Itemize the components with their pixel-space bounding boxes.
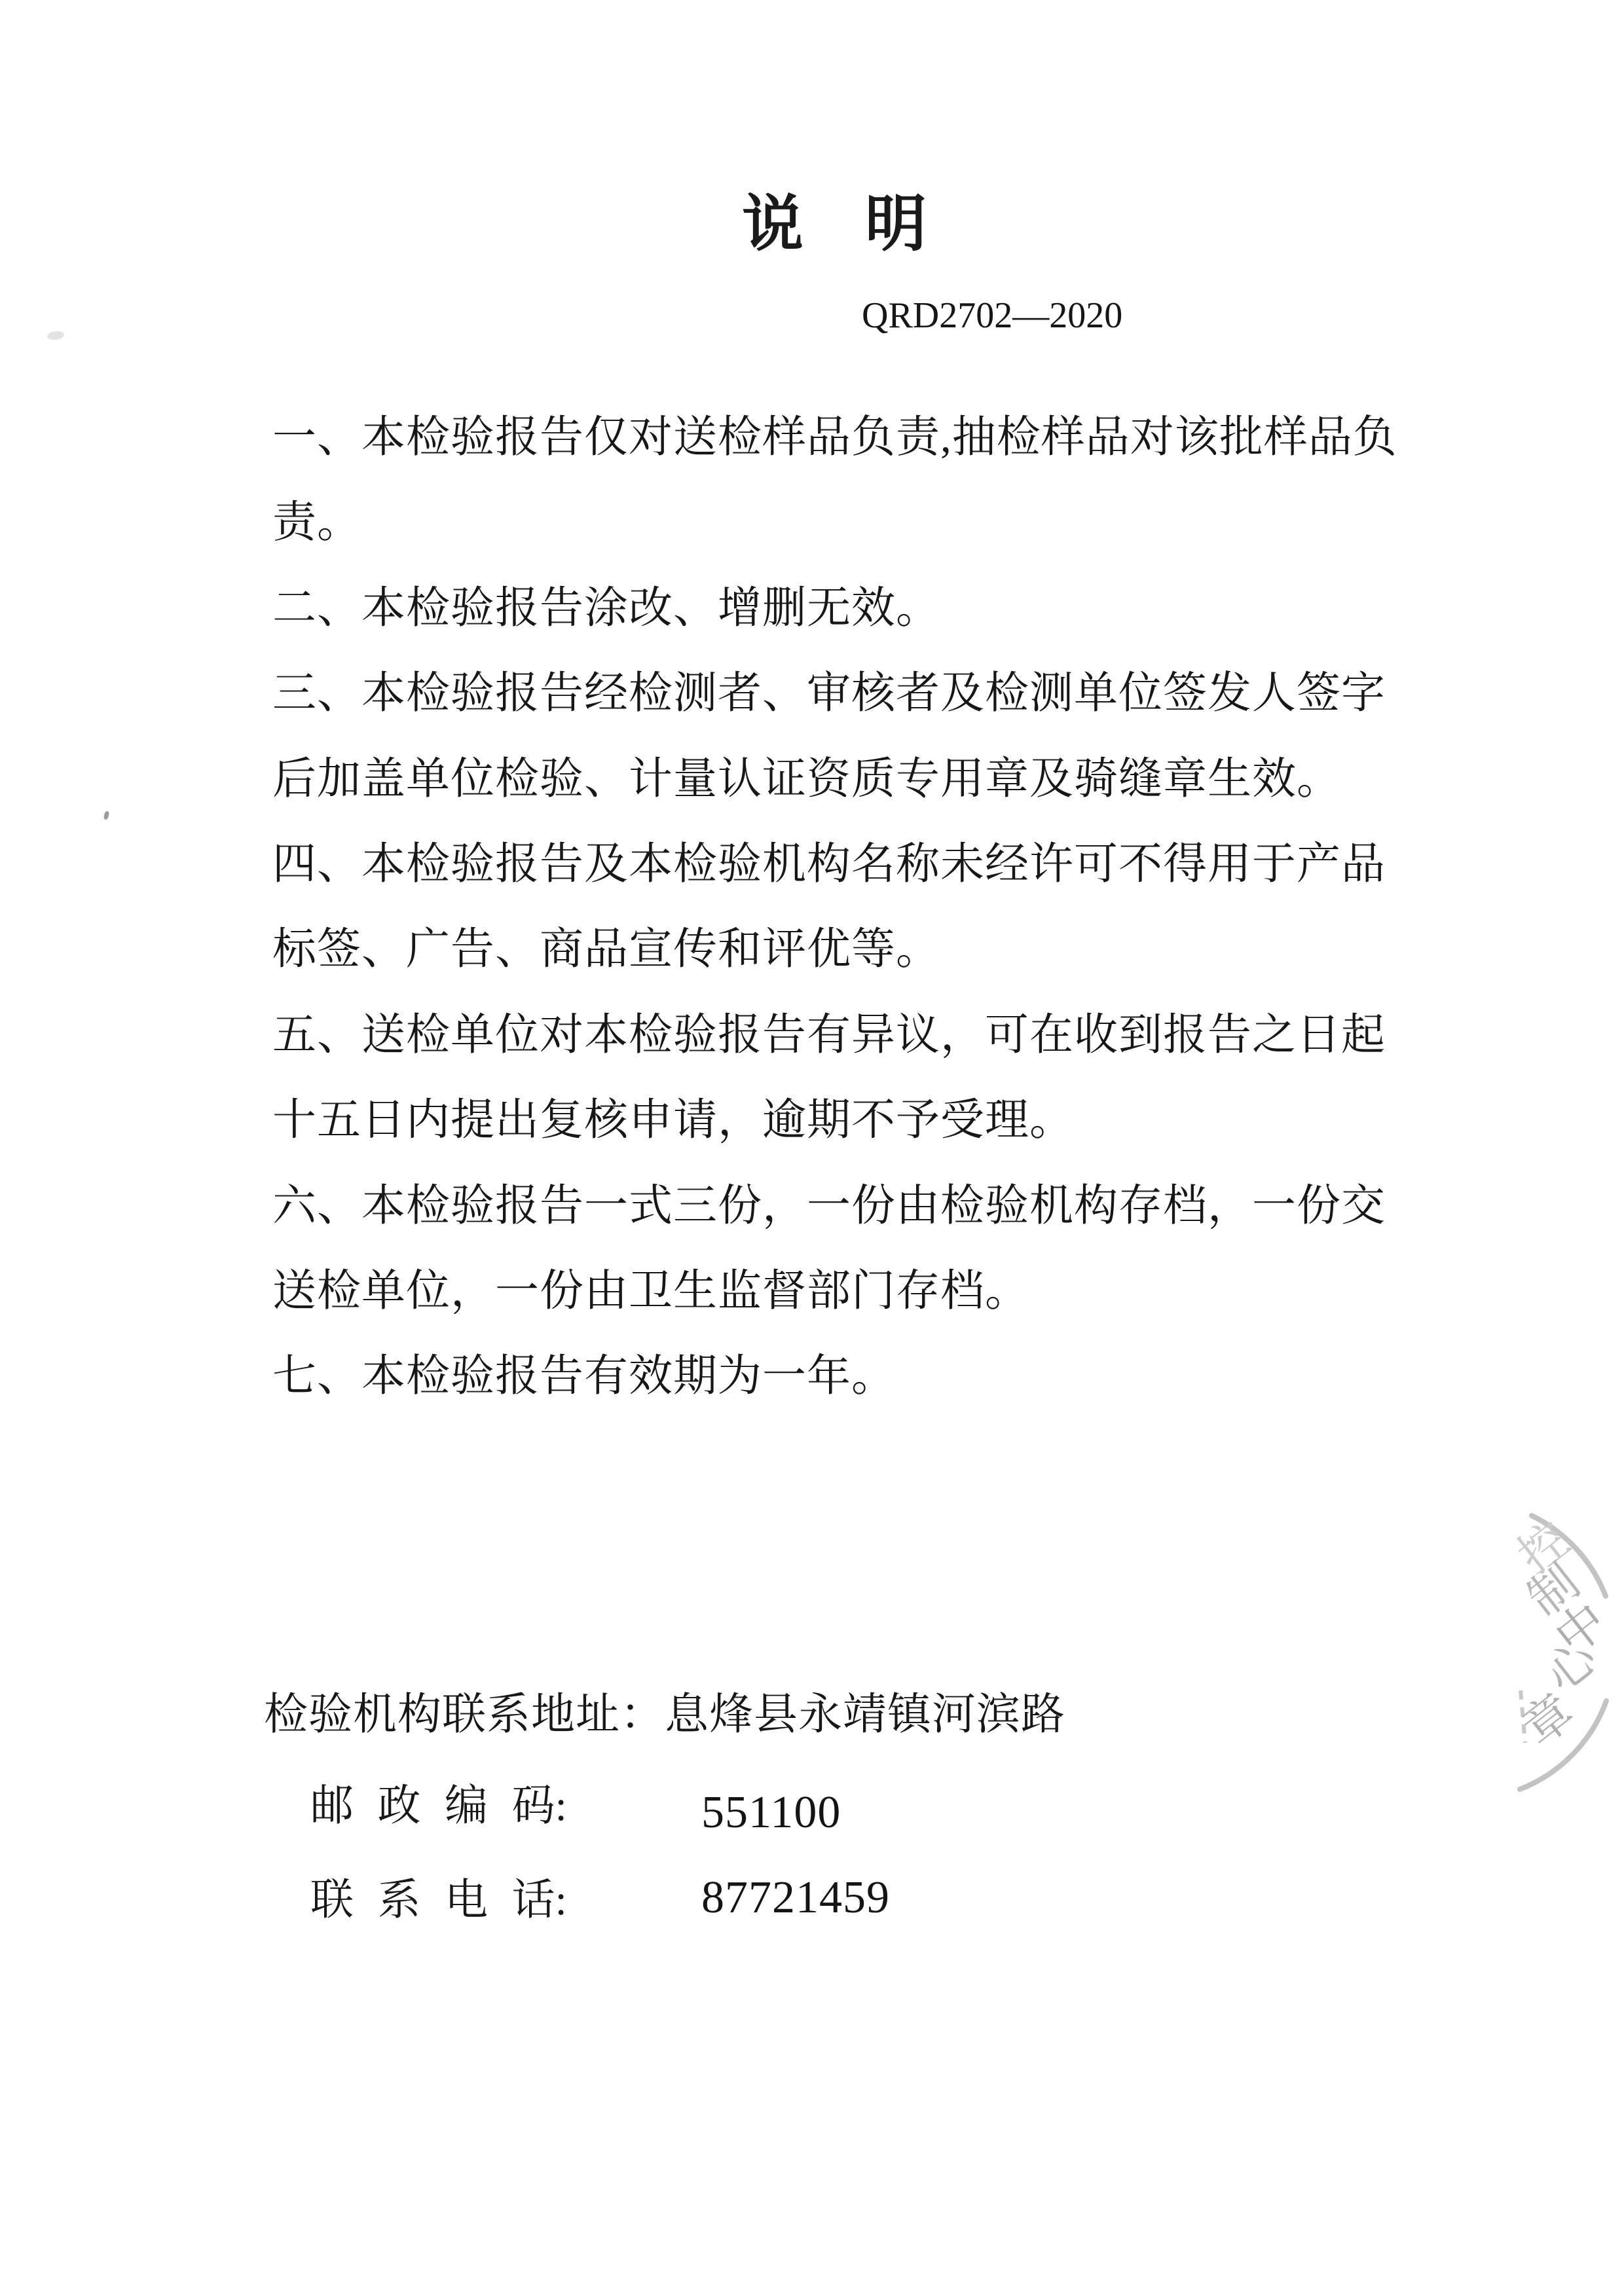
document-code: QRD2702—2020 <box>862 295 1122 337</box>
note-line: 三、本检验报告经检测者、审核者及检测单位签发人签字 <box>272 651 1438 736</box>
postal-code-value: 551100 <box>701 1790 841 1836</box>
scanned-document-page: 说 明 QRD2702—2020 一、本检验报告仅对送检样品负责,抽检样品对该批… <box>0 0 1624 2296</box>
note-line: 十五日内提出复核申请，逾期不予受理。 <box>272 1078 1438 1163</box>
scan-smudge <box>46 330 65 340</box>
partial-seal-stamp-icon: 控 制 中 心 章 <box>1408 1460 1624 1833</box>
note-line: 二、本检验报告涂改、增删无效。 <box>272 566 1438 651</box>
address-value: 息烽县永靖镇河滨路 <box>665 1690 1065 1739</box>
note-line: 六、本检验报告一式三份，一份由检验机构存档，一份交 <box>272 1163 1438 1248</box>
note-line: 一、本检验报告仅对送检样品负责,抽检样品对该批样品负 <box>272 395 1438 480</box>
phone-label: 联 系 电 话: <box>310 1879 567 1922</box>
address-label: 检验机构联系地址： <box>264 1690 665 1739</box>
note-line: 后加盖单位检验、计量认证资质专用章及骑缝章生效。 <box>272 737 1438 822</box>
page-title: 说 明 <box>742 194 927 255</box>
note-line: 责。 <box>272 480 1438 565</box>
scan-speck <box>103 811 110 820</box>
phone-value: 87721459 <box>701 1875 890 1921</box>
notes-list: 一、本检验报告仅对送检样品负责,抽检样品对该批样品负 责。 二、本检验报告涂改、… <box>272 395 1438 1419</box>
postal-code-label: 邮 政 编 码: <box>310 1785 567 1828</box>
note-line: 五、送检单位对本检验报告有异议，可在收到报告之日起 <box>272 993 1438 1078</box>
note-line: 标签、广告、商品宣传和评优等。 <box>272 907 1438 992</box>
note-line: 四、本检验报告及本检验机构名称未经许可不得用于产品 <box>272 822 1438 907</box>
note-line: 七、本检验报告有效期为一年。 <box>272 1334 1438 1419</box>
contact-address-row: 检验机构联系地址：息烽县永靖镇河滨路 <box>264 1693 1065 1737</box>
note-line: 送检单位，一份由卫生监督部门存档。 <box>272 1248 1438 1334</box>
